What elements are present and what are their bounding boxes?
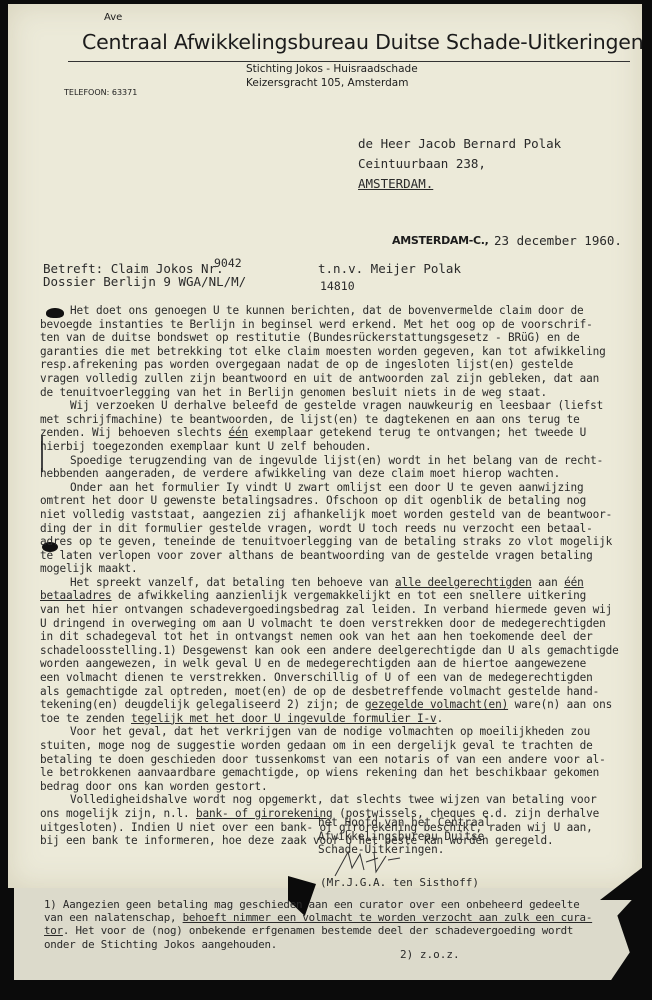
text: exemplaar getekend terug te ontvangen; h… (248, 426, 586, 439)
body-line: toe te zenden tegelijk met het door U in… (40, 712, 630, 726)
body-line: van het hier ontvangen schadevergoedings… (40, 603, 630, 617)
letter-date: 23 december 1960. (494, 233, 622, 248)
body-line: Spoedige terugzending van de ingevulde l… (40, 454, 630, 468)
body-line: Het doet ons genoegen U te kunnen berich… (40, 304, 630, 318)
emphasis: één (564, 576, 584, 589)
body-line: als gemachtigde zal optreden, moet(en) d… (40, 685, 630, 699)
body-line: ding der in dit formulier gestelde vrage… (40, 522, 630, 536)
signature-line: Afwikkelingsbureau Duitse (318, 830, 491, 844)
emphasis: behoeft nimmer een volmacht te worden ve… (183, 911, 593, 924)
emphasis: tegelijk met het door U ingevulde formul… (131, 712, 437, 725)
text: ons mogelijk zijn, n.l. (40, 807, 196, 820)
text: de afwikkeling aanzienlijk vergemakkelij… (112, 589, 587, 602)
footnote-line: onder de Stichting Jokos aangehouden. (44, 938, 592, 951)
footnotes: 1) Aangezien geen betaling mag geschiede… (44, 898, 592, 951)
dossier-line: Dossier Berlijn 9 WGA/NL/M/ (43, 274, 246, 289)
organization-title: Centraal Afwikkelingsbureau Duitse Schad… (82, 30, 644, 54)
text: toe te zenden (40, 712, 131, 725)
text: Het spreekt vanzelf, dat betaling ten be… (70, 576, 395, 589)
dossier-number: 14810 (320, 279, 355, 293)
footnote-line: van een nalatenschap, behoeft nimmer een… (44, 911, 592, 924)
body-line: U dringend in overweging om aan U volmac… (40, 617, 630, 631)
text: tekening(en) deugdelijk gelegaliseerd 2)… (40, 698, 365, 711)
body-line: betaaladres de afwikkeling aanzienlijk v… (40, 589, 630, 603)
body-line: omtrent het door U gewenste betalingsadr… (40, 494, 630, 508)
emphasis: alle deelgerechtigden (395, 576, 532, 589)
body-line: vragen volledig zullen zijn beantwoord e… (40, 372, 630, 386)
body-line: bedrag door ons kan worden gestort. (40, 780, 630, 794)
body-line: betaling te doen geschieden door tussenk… (40, 753, 630, 767)
see-overleaf-note: 2) z.o.z. (400, 948, 460, 961)
annotation-ave: Ave (104, 12, 122, 23)
letterhead-address: Keizersgracht 105, Amsterdam (246, 77, 408, 89)
recipient-street: Ceintuurbaan 238, (358, 156, 486, 171)
recipient-city: AMSTERDAM. (358, 176, 433, 191)
body-line: worden aangewezen, in welk geval U en de… (40, 657, 630, 671)
body-line: zenden. Wij behoeven slechts één exempla… (40, 426, 630, 440)
body-line: Voor het geval, dat het verkrijgen van d… (40, 725, 630, 739)
body-line: hierbij toegezonden exemplaar kunt U zel… (40, 440, 630, 454)
body-line: in dit schadegeval tot het in ontvangst … (40, 630, 630, 644)
body-line: met schrijfmachine) te beantwoorden, de … (40, 413, 630, 427)
letterhead-rule (68, 61, 630, 62)
body-line: mogelijk maakt. (40, 562, 630, 576)
text: van een nalatenschap, (44, 911, 183, 924)
emphasis: bank- of girorekening (196, 807, 333, 820)
emphasis: tor (44, 924, 63, 937)
body-line: garanties die met betrekking tot elke cl… (40, 345, 630, 359)
body-line: stuiten, moge nog de suggestie worden ge… (40, 739, 630, 753)
emphasis: betaaladres (40, 589, 112, 602)
claim-number: 9042 (214, 256, 242, 270)
body-line: Het spreekt vanzelf, dat betaling ten be… (40, 576, 630, 590)
body-line: niet volledig vaststaat, aangezien zij a… (40, 508, 630, 522)
body-line: Onder aan het formulier Iy vindt U zwart… (40, 481, 630, 495)
emphasis: één (229, 426, 249, 439)
date-place: AMSTERDAM-C., (392, 234, 489, 247)
body-line: een volmacht dienen te verstrekken. Onve… (40, 671, 630, 685)
body-line: ten van de duitse bondswet op restitutie… (40, 331, 630, 345)
letterhead-telephone: TELEFOON: 63371 (64, 88, 137, 97)
body-line: hebbenden aangeraden, de verdere afwikke… (40, 467, 630, 481)
text: ware(n) aan ons (508, 698, 612, 711)
signatory-name: (Mr.J.G.A. ten Sisthoff) (320, 876, 479, 889)
claim-holder: t.n.v. Meijer Polak (318, 261, 461, 276)
text: . (437, 712, 444, 725)
body-line: le betrokkenen aanvaardbare gemachtigde,… (40, 766, 630, 780)
signature-line: het Hoofd van het Centraal (318, 816, 491, 830)
body-line: bevoegde instanties te Berlijn in begins… (40, 318, 630, 332)
body-line: de tenuitvoerlegging van het in Berlijn … (40, 386, 630, 400)
body-line: Volledigheidshalve wordt nog opgemerkt, … (40, 793, 630, 807)
emphasis: gezegelde volmacht(en) (365, 698, 508, 711)
body-line: Wij verzoeken U derhalve beleefd de gest… (40, 399, 630, 413)
body-line: te laten verlopen voor zover althans de … (40, 549, 630, 563)
body-line: resp.afrekening pas worden overgegaan na… (40, 358, 630, 372)
footnote-line: 1) Aangezien geen betaling mag geschiede… (44, 898, 592, 911)
recipient-name: de Heer Jacob Bernard Polak (358, 136, 561, 151)
letter-body: Het doet ons genoegen U te kunnen berich… (40, 304, 630, 848)
text: aan (532, 576, 565, 589)
handwritten-signature-icon (330, 848, 410, 878)
body-line: tekening(en) deugdelijk gelegaliseerd 2)… (40, 698, 630, 712)
body-line: schadeloosstelling.1) Desgewenst kan ook… (40, 644, 630, 658)
text: . Het voor de (nog) onbekende erfgenamen… (63, 924, 573, 937)
text: zenden. Wij behoeven slechts (40, 426, 229, 439)
footnote-line: tor. Het voor de (nog) onbekende erfgena… (44, 924, 592, 937)
letterhead-subtitle: Stichting Jokos - Huisraadschade (246, 63, 418, 75)
body-line: adres op te geven, teneinde de tenuitvoe… (40, 535, 630, 549)
